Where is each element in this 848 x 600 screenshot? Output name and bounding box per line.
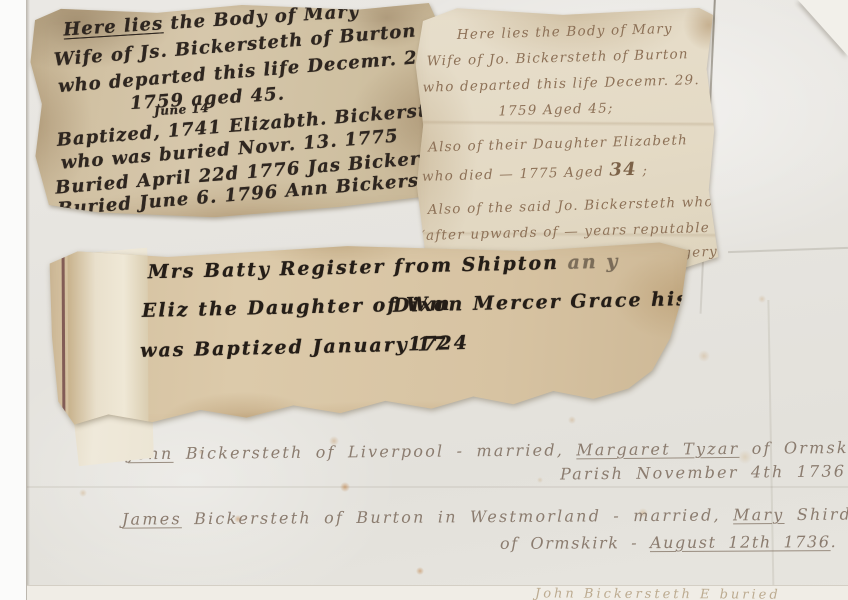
emphasized-age: 34 <box>609 159 637 181</box>
handwritten-line: 1724 <box>408 332 469 355</box>
underlined-name: James <box>122 509 182 528</box>
marriage-entry-james-line2: of Ormskirk - August 12th 1736. <box>500 532 837 553</box>
folded-left-edge <box>68 247 149 425</box>
handwritten-line: Here lies the Body of Mary <box>457 21 673 43</box>
marriage-entry-john-line2: Parish November 4th 1736 <box>560 462 846 484</box>
underlined-spouse: Margaret Tyzar <box>576 439 739 459</box>
handwritten-line: Wife of Jo. Bickersteth of Burton <box>427 46 689 69</box>
handwritten-line: who departed this life Decemr. 29. <box>422 72 700 96</box>
handwritten-line: who died — 1775 Aged 34 ; <box>422 159 649 186</box>
handwritten-line: Mrs Batty Register from Shipton an y <box>147 251 619 284</box>
underlying-page-sliver: John Bickersteth E buried <box>27 585 848 600</box>
handwritten-line: was Baptized January 17 <box>140 333 448 362</box>
memorial-note-dark-ink: Here lies the Body of Mary Wife of Js. B… <box>28 2 446 218</box>
underlined-spouse: Mary <box>733 505 785 524</box>
handwritten-line: Dixon Mercer Grace his W <box>393 287 721 316</box>
underlined-date: August 12th 1736 <box>650 532 831 552</box>
torn-paper-fragment: Here lies the Body of Mary Wife of Js. B… <box>27 0 447 220</box>
baptism-register-strip: Mrs Batty Register from Shipton an y Eli… <box>48 240 693 432</box>
handwritten-line: 1759 Aged 45; <box>498 100 614 119</box>
caret-insertion: June 14 <box>154 101 210 118</box>
torn-paper-strip: Mrs Batty Register from Shipton an y Eli… <box>48 238 694 433</box>
handwritten-line: Also of the said Jo. Bickersteth who <box>428 194 714 218</box>
partial-handwritten-line: John Bickersteth E buried <box>535 586 781 600</box>
faded-text: an y <box>567 251 619 274</box>
spine-line <box>62 252 66 420</box>
handwritten-line: Also of their Daughter Elizabeth <box>428 132 688 155</box>
scanned-document-photo: John Bickersteth E buried John Bickerste… <box>0 0 848 600</box>
page-fold-corner <box>798 0 848 56</box>
